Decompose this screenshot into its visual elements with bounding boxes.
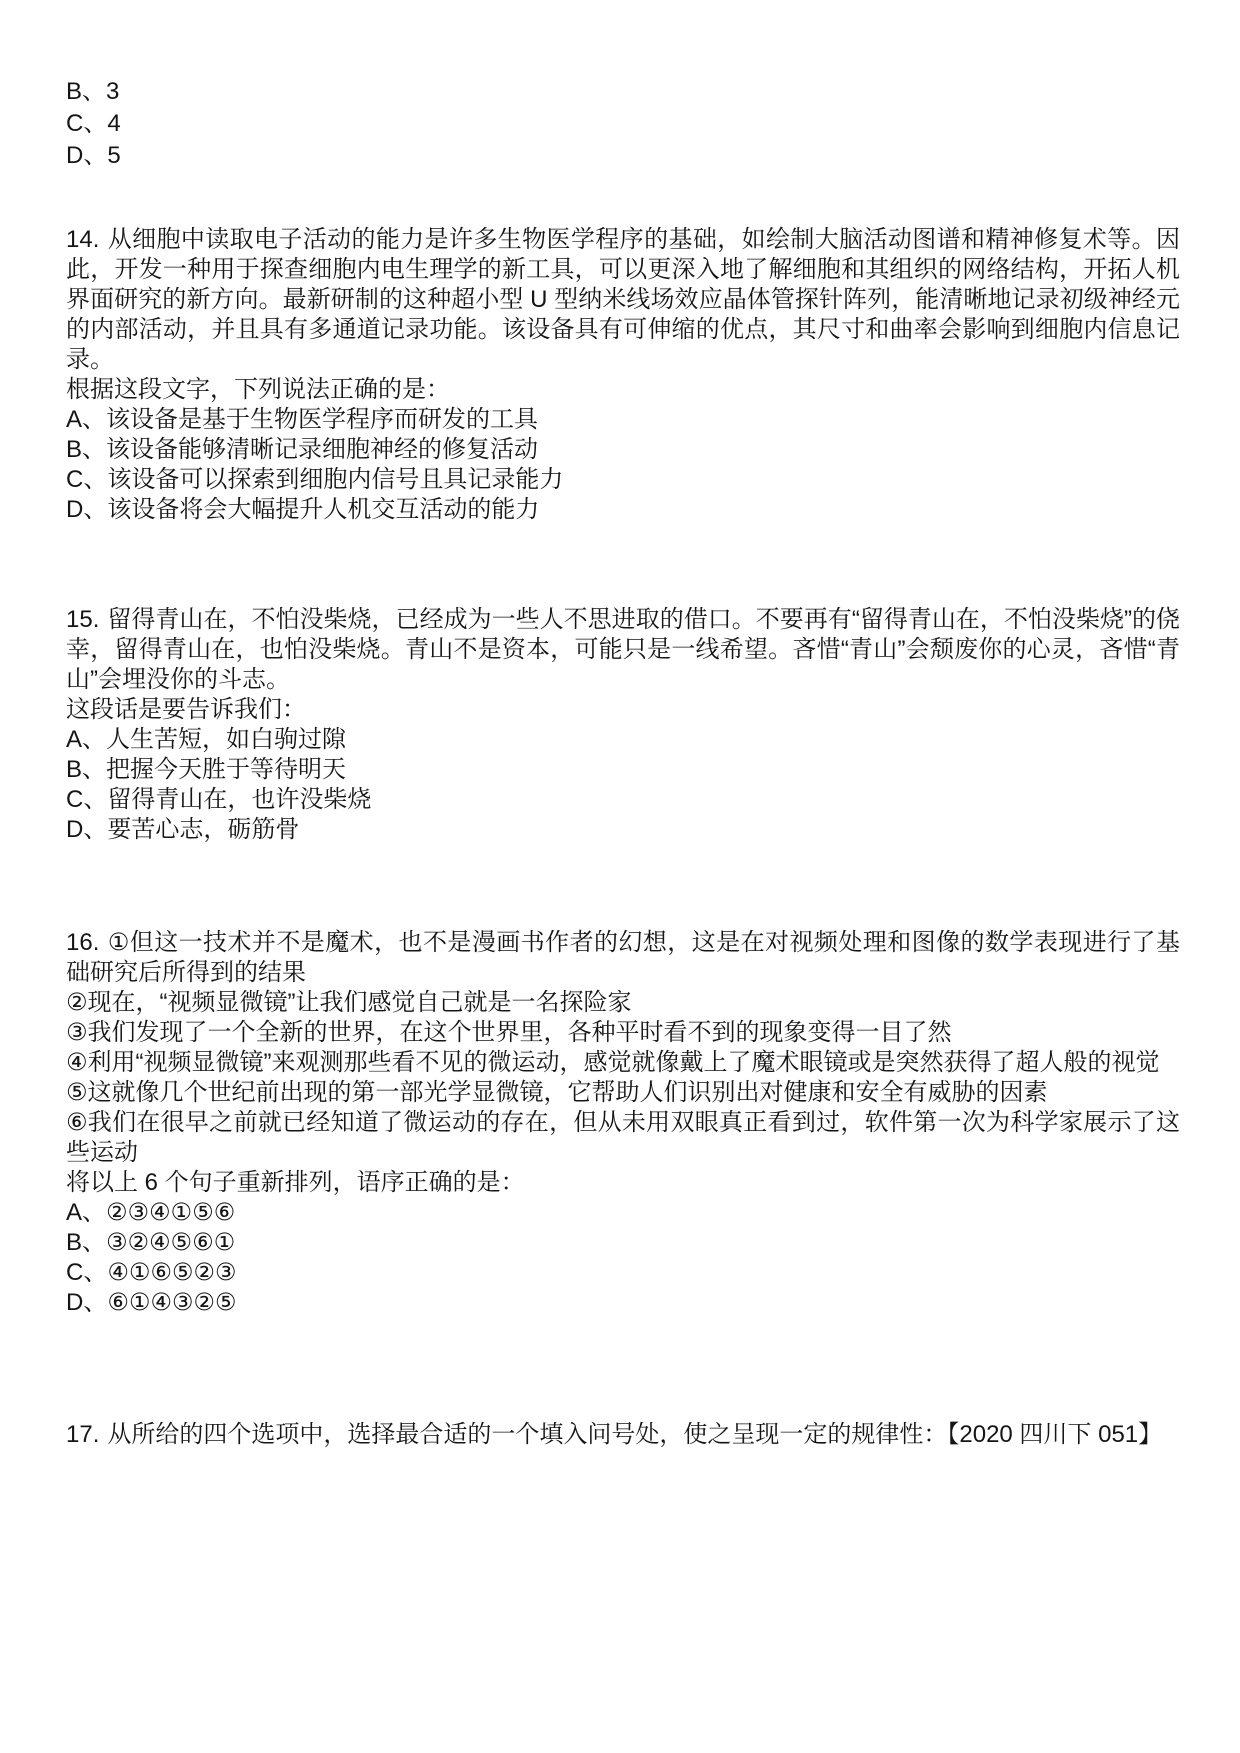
question-13-remaining-options: B、3 C、4 D、5 bbox=[66, 76, 1180, 172]
question-14-number: 14. bbox=[66, 226, 99, 253]
question-15-prompt: 这段话是要告诉我们： bbox=[66, 695, 1180, 725]
question-16-sentence-1: 16.①但这一技术并不是魔术，也不是漫画书作者的幻想，这是在对视频处理和图像的数… bbox=[66, 928, 1180, 988]
question-16-option-d: D、⑥①④③②⑤ bbox=[66, 1288, 1180, 1318]
question-14-option-c: C、该设备可以探索到细胞内信号且具记录能力 bbox=[66, 465, 1180, 495]
question-16-option-a: A、②③④①⑤⑥ bbox=[66, 1198, 1180, 1228]
question-17-number: 17. bbox=[66, 1421, 99, 1448]
question-14-prompt: 根据这段文字，下列说法正确的是： bbox=[66, 375, 1180, 405]
question-14-option-d: D、该设备将会大幅提升人机交互活动的能力 bbox=[66, 495, 1180, 525]
question-16-sentence-4: ④利用“视频显微镜”来观测那些看不见的微运动，感觉就像戴上了魔术眼镜或是突然获得… bbox=[66, 1048, 1180, 1078]
question-16-sentence-2: ②现在，“视频显微镜”让我们感觉自己就是一名探险家 bbox=[66, 988, 1180, 1018]
question-15-option-b: B、把握今天胜于等待明天 bbox=[66, 755, 1180, 785]
question-14: 14.从细胞中读取电子活动的能力是许多生物医学程序的基础，如绘制大脑活动图谱和精… bbox=[66, 225, 1180, 525]
question-16-sentence-1-text: ①但这一技术并不是魔术，也不是漫画书作者的幻想，这是在对视频处理和图像的数学表现… bbox=[66, 929, 1180, 986]
question-15-stem: 15.留得青山在，不怕没柴烧，已经成为一些人不思进取的借口。不要再有“留得青山在… bbox=[66, 605, 1180, 695]
question-15-stem-text: 留得青山在，不怕没柴烧，已经成为一些人不思进取的借口。不要再有“留得青山在，不怕… bbox=[66, 606, 1180, 693]
question-16-sentence-6: ⑥我们在很早之前就已经知道了微运动的存在，但从未用双眼真正看到过，软件第一次为科… bbox=[66, 1108, 1180, 1168]
question-15-option-c: C、留得青山在，也许没柴烧 bbox=[66, 785, 1180, 815]
option-c: C、4 bbox=[66, 108, 1180, 140]
question-14-option-b: B、该设备能够清晰记录细胞神经的修复活动 bbox=[66, 435, 1180, 465]
option-b: B、3 bbox=[66, 76, 1180, 108]
question-14-stem-text: 从细胞中读取电子活动的能力是许多生物医学程序的基础，如绘制大脑活动图谱和精神修复… bbox=[66, 226, 1180, 373]
question-16-option-c: C、④①⑥⑤②③ bbox=[66, 1258, 1180, 1288]
question-17: 17.从所给的四个选项中，选择最合适的一个填入问号处，使之呈现一定的规律性：【2… bbox=[66, 1420, 1180, 1450]
question-15-option-a: A、人生苦短，如白驹过隙 bbox=[66, 725, 1180, 755]
question-16-number: 16. bbox=[66, 929, 99, 956]
question-17-stem-text: 从所给的四个选项中，选择最合适的一个填入问号处，使之呈现一定的规律性：【2020… bbox=[107, 1421, 1162, 1448]
option-d: D、5 bbox=[66, 140, 1180, 172]
question-14-option-a: A、该设备是基于生物医学程序而研发的工具 bbox=[66, 405, 1180, 435]
question-16: 16.①但这一技术并不是魔术，也不是漫画书作者的幻想，这是在对视频处理和图像的数… bbox=[66, 928, 1180, 1318]
question-17-stem: 17.从所给的四个选项中，选择最合适的一个填入问号处，使之呈现一定的规律性：【2… bbox=[66, 1420, 1180, 1450]
question-15-option-d: D、要苦心志，砺筋骨 bbox=[66, 815, 1180, 845]
question-14-stem: 14.从细胞中读取电子活动的能力是许多生物医学程序的基础，如绘制大脑活动图谱和精… bbox=[66, 225, 1180, 375]
question-16-sentence-3: ③我们发现了一个全新的世界，在这个世界里，各种平时看不到的现象变得一目了然 bbox=[66, 1018, 1180, 1048]
question-16-prompt: 将以上 6 个句子重新排列，语序正确的是： bbox=[66, 1168, 1180, 1198]
question-16-sentence-5: ⑤这就像几个世纪前出现的第一部光学显微镜，它帮助人们识别出对健康和安全有威胁的因… bbox=[66, 1078, 1180, 1108]
question-15: 15.留得青山在，不怕没柴烧，已经成为一些人不思进取的借口。不要再有“留得青山在… bbox=[66, 605, 1180, 845]
exam-document-page: B、3 C、4 D、5 14.从细胞中读取电子活动的能力是许多生物医学程序的基础… bbox=[0, 0, 1240, 1753]
question-15-number: 15. bbox=[66, 606, 99, 633]
question-16-option-b: B、③②④⑤⑥① bbox=[66, 1228, 1180, 1258]
